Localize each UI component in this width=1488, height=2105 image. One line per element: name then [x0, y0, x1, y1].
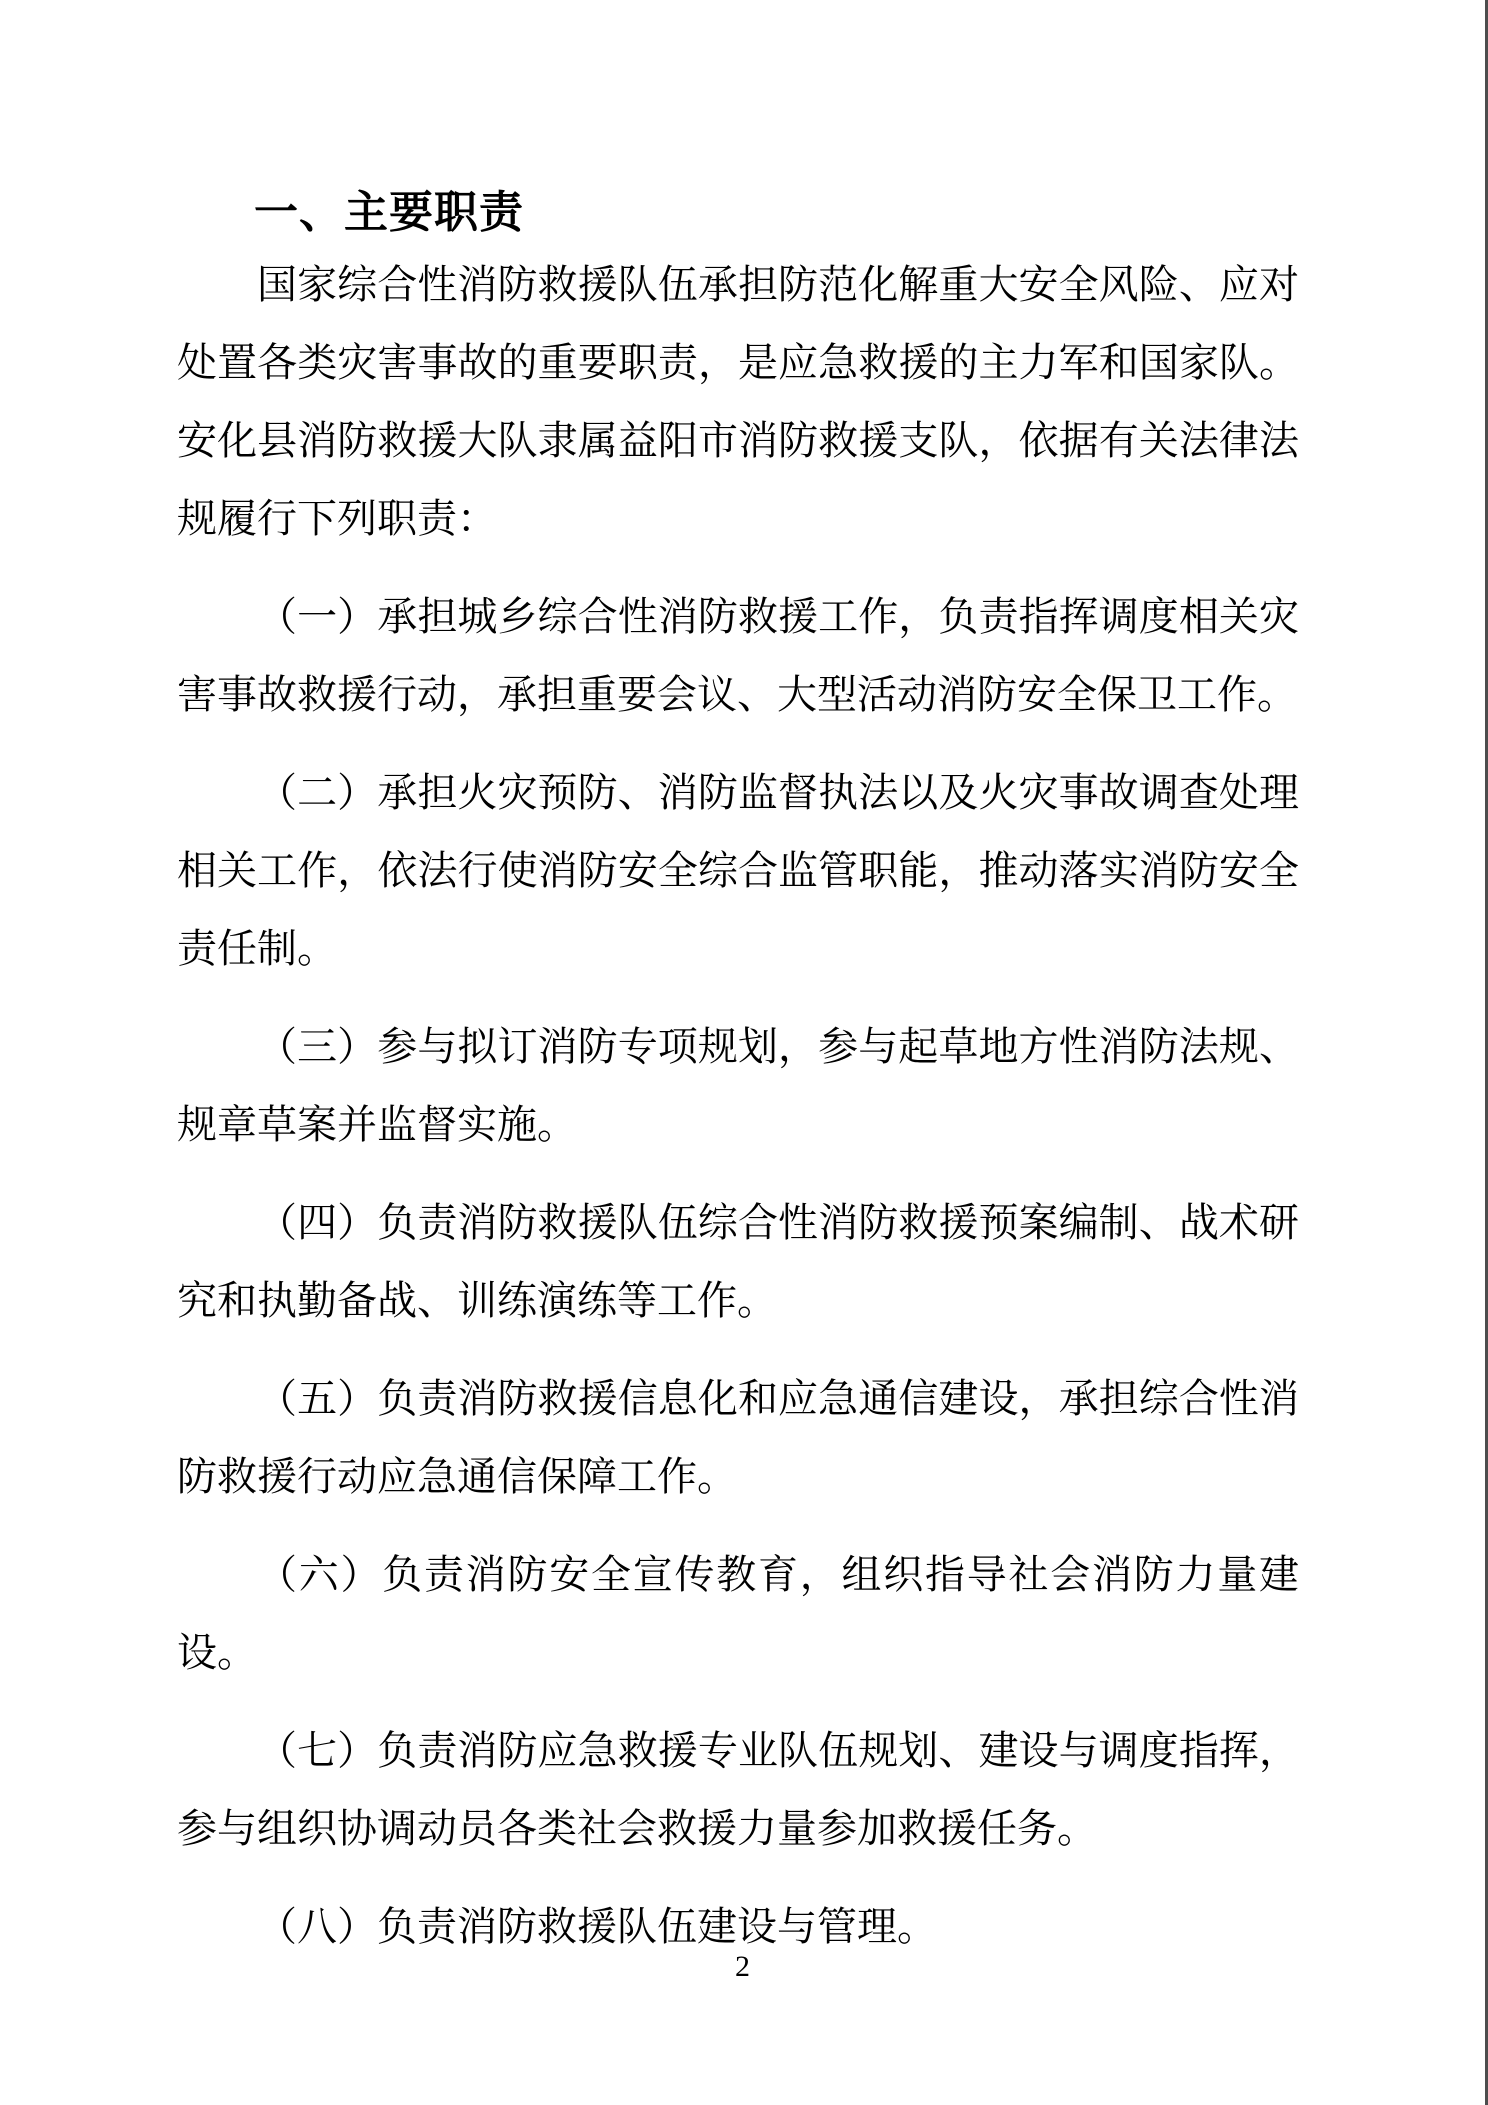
- paragraph: （五）负责消防救援信息化和应急通信建设，承担综合性消防救援行动应急通信保障工作。: [177, 1360, 1299, 1516]
- text-line: 处置各类灾害事故的重要职责，是应急救援的主力军和国家队。: [177, 324, 1299, 402]
- text-line: 参与组织协调动员各类社会救援力量参加救援任务。: [177, 1790, 1299, 1868]
- text-line: 规章草案并监督实施。: [177, 1086, 1299, 1164]
- paragraph: （二）承担火灾预防、消防监督执法以及火灾事故调查处理相关工作，依法行使消防安全综…: [177, 754, 1299, 988]
- document-body: 一、主要职责 国家综合性消防救援队伍承担防范化解重大安全风险、应对处置各类灾害事…: [177, 180, 1299, 1966]
- text-line: （四）负责消防救援队伍综合性消防救援预案编制、战术研: [177, 1184, 1299, 1262]
- paragraph: （一）承担城乡综合性消防救援工作，负责指挥调度相关灾害事故救援行动，承担重要会议…: [177, 578, 1299, 734]
- section-heading: 一、主要职责: [177, 180, 1299, 246]
- text-line: （一）承担城乡综合性消防救援工作，负责指挥调度相关灾: [177, 578, 1299, 656]
- text-line: 相关工作，依法行使消防安全综合监管职能，推动落实消防安全: [177, 832, 1299, 910]
- text-line: 害事故救援行动，承担重要会议、大型活动消防安全保卫工作。: [177, 656, 1299, 734]
- paragraph: （三）参与拟订消防专项规划，参与起草地方性消防法规、规章草案并监督实施。: [177, 1008, 1299, 1164]
- paragraph: （七）负责消防应急救援专业队伍规划、建设与调度指挥，参与组织协调动员各类社会救援…: [177, 1712, 1299, 1868]
- text-line: （七）负责消防应急救援专业队伍规划、建设与调度指挥，: [177, 1712, 1299, 1790]
- text-line: （六）负责消防安全宣传教育，组织指导社会消防力量建: [177, 1536, 1299, 1614]
- text-line: 防救援行动应急通信保障工作。: [177, 1438, 1299, 1516]
- text-line: （二）承担火灾预防、消防监督执法以及火灾事故调查处理: [177, 754, 1299, 832]
- text-line: 设。: [177, 1614, 1299, 1692]
- text-line: 规履行下列职责：: [177, 480, 1299, 558]
- page-number: 2: [0, 1952, 1485, 1982]
- paragraph: （四）负责消防救援队伍综合性消防救援预案编制、战术研究和执勤备战、训练演练等工作…: [177, 1184, 1299, 1340]
- document-page: 一、主要职责 国家综合性消防救援队伍承担防范化解重大安全风险、应对处置各类灾害事…: [0, 0, 1488, 2105]
- text-line: （三）参与拟订消防专项规划，参与起草地方性消防法规、: [177, 1008, 1299, 1086]
- paragraph: 国家综合性消防救援队伍承担防范化解重大安全风险、应对处置各类灾害事故的重要职责，…: [177, 246, 1299, 558]
- text-line: 安化县消防救援大队隶属益阳市消防救援支队，依据有关法律法: [177, 402, 1299, 480]
- paragraph: （六）负责消防安全宣传教育，组织指导社会消防力量建设。: [177, 1536, 1299, 1692]
- text-line: 责任制。: [177, 910, 1299, 988]
- text-line: 国家综合性消防救援队伍承担防范化解重大安全风险、应对: [177, 246, 1299, 324]
- text-line: （五）负责消防救援信息化和应急通信建设，承担综合性消: [177, 1360, 1299, 1438]
- text-line: 究和执勤备战、训练演练等工作。: [177, 1262, 1299, 1340]
